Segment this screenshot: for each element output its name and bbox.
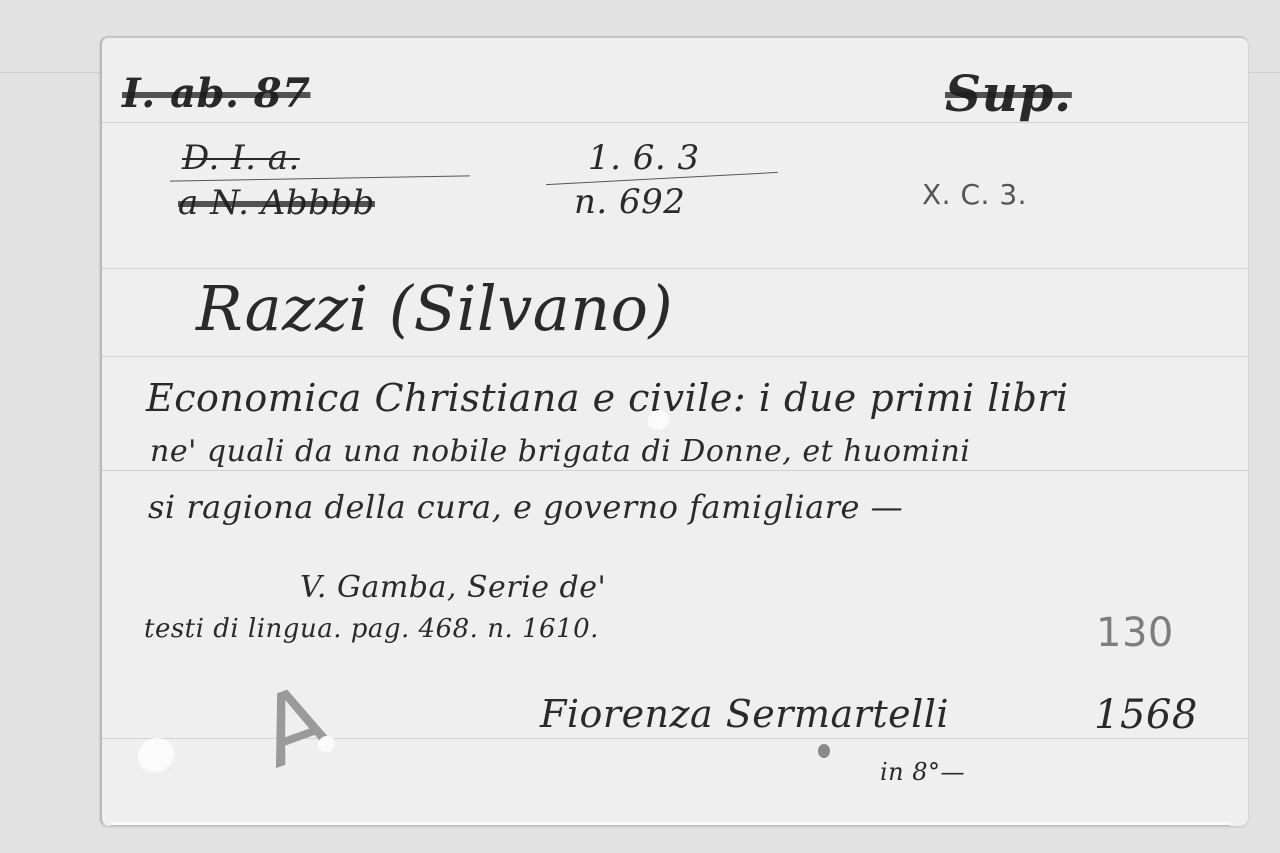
struck-word-top-right: Sup.: [945, 64, 1072, 123]
pencil-number: 130: [1096, 610, 1174, 656]
ruled-line: [102, 356, 1248, 357]
struck-classmark-line3: a N. Abbbb: [178, 183, 375, 223]
paper-blemish: [648, 410, 670, 432]
author-heading: Razzi (Silvano): [196, 272, 673, 345]
pencil-location-code: X. C. 3.: [922, 178, 1027, 211]
ruled-line: [102, 122, 1248, 123]
title-line-2: ne' quali da una nobile brigata di Donne…: [150, 434, 970, 469]
card-edge: [110, 822, 1230, 826]
imprint-place-printer: Fiorenza Sermartelli: [540, 692, 949, 736]
imprint-year: 1568: [1094, 692, 1198, 738]
ruled-line: [102, 268, 1248, 269]
struck-classmark-line2: D. I. a.: [182, 138, 300, 178]
imprint-format: in 8°—: [880, 758, 965, 786]
ruled-line: [102, 470, 1248, 471]
shelfmark-denominator: n. 692: [574, 182, 685, 222]
struck-classmark-line1: I. ab. 87: [122, 70, 310, 117]
reference-line-1: V. Gamba, Serie de': [300, 570, 606, 605]
title-line-3: si ragiona della cura, e governo famigli…: [148, 488, 903, 526]
reference-line-2: testi di lingua. pag. 468. n. 1610.: [144, 614, 599, 644]
punch-hole: [138, 738, 176, 776]
ink-spot: [818, 744, 830, 758]
punch-hole: [318, 736, 336, 754]
title-line-1: Economica Christiana e civile: i due pri…: [146, 376, 1069, 420]
shelfmark-numerator: 1. 6. 3: [588, 138, 700, 178]
